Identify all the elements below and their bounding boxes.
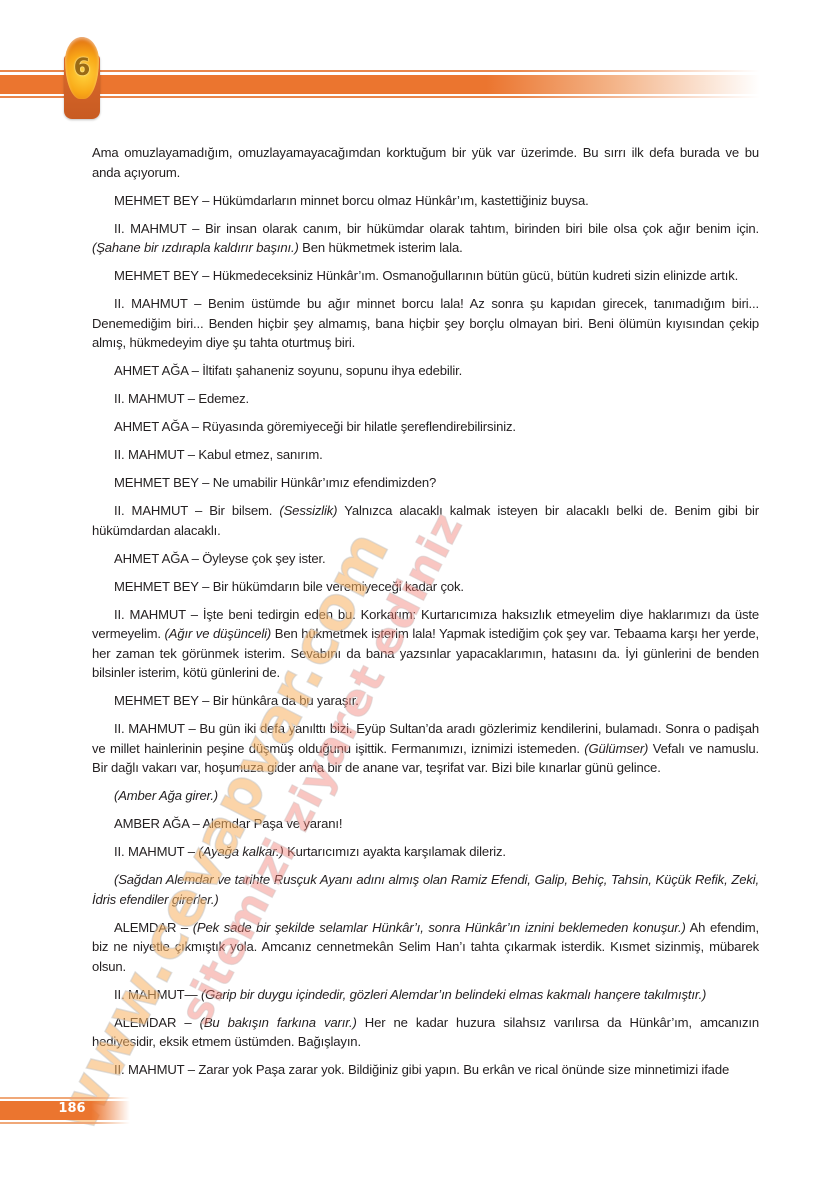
play-text: Ama omuzlayamadığım, omuzlayamayacağımda… (92, 143, 759, 1088)
dialogue-text: AHMET AĞA – Öyleyse çok şey ister. (114, 551, 326, 566)
dialogue-paragraph: ALEMDAR – (Pek sade bir şekilde selamlar… (92, 918, 759, 977)
dialogue-text: II. MAHMUT – Zarar yok Paşa zarar yok. B… (114, 1062, 729, 1077)
dialogue-paragraph: (Sağdan Alemdar ve tarihte Rusçuk Ayanı … (92, 870, 759, 909)
dialogue-paragraph: II. MAHMUT – Benim üstümde bu ağır minne… (92, 294, 759, 353)
dialogue-text: Ben hükmetmek isterim lala. (299, 240, 463, 255)
stage-direction: (Sessizlik) (279, 503, 337, 518)
dialogue-paragraph: II. MAHMUT – (Ayağa kalkar.) Kurtarıcımı… (92, 842, 759, 862)
dialogue-text: II. MAHMUT – Bir insan olarak canım, bir… (114, 221, 759, 236)
dialogue-paragraph: II. MAHMUT – Bir insan olarak canım, bir… (92, 219, 759, 258)
unit-number-badge: 6 (64, 37, 100, 119)
dialogue-paragraph: AHMET AĞA – Rüyasında göremiyeceği bir h… (92, 417, 759, 437)
stage-direction: (Şahane bir ızdırapla kaldırır başını.) (92, 240, 299, 255)
header-rule-top (0, 70, 760, 72)
stage-direction: (Garip bir duygu içindedir, gözleri Alem… (201, 987, 706, 1002)
unit-number: 6 (64, 53, 100, 81)
dialogue-text: Ama omuzlayamadığım, omuzlayamayacağımda… (92, 145, 759, 180)
dialogue-paragraph: II. MAHMUT – İşte beni tedirgin eden bu.… (92, 605, 759, 683)
dialogue-paragraph: AHMET AĞA – Öyleyse çok şey ister. (92, 549, 759, 569)
dialogue-text: ALEMDAR – (114, 1015, 200, 1030)
dialogue-paragraph: MEHMET BEY – Bir hünkâra da bu yaraşır. (92, 691, 759, 711)
dialogue-paragraph: ALEMDAR – (Bu bakışın farkına varır.) He… (92, 1013, 759, 1052)
page-number: 186 (52, 1101, 92, 1116)
dialogue-text: II. MAHMUT – Kabul etmez, sanırım. (114, 447, 323, 462)
dialogue-paragraph: II. MAHMUT – Bu gün iki defa yanılttı bi… (92, 719, 759, 778)
dialogue-paragraph: MEHMET BEY – Hükmedeceksiniz Hünkâr’ım. … (92, 266, 759, 286)
dialogue-paragraph: AMBER AĞA – Alemdar Paşa ve yaranı! (92, 814, 759, 834)
header-rule-bottom (0, 96, 760, 98)
footer-rule-bottom (0, 1122, 130, 1124)
dialogue-text: AHMET AĞA – İltifatı şahaneniz soyunu, s… (114, 363, 462, 378)
dialogue-paragraph: II. MAHMUT – Kabul etmez, sanırım. (92, 445, 759, 465)
dialogue-text: ALEMDAR – (114, 920, 193, 935)
stage-direction: (Gülümser) (584, 741, 648, 756)
stage-direction: (Pek sade bir şekilde selamlar Hünkâr’ı,… (193, 920, 686, 935)
dialogue-paragraph: MEHMET BEY – Ne umabilir Hünkâr’ımız efe… (92, 473, 759, 493)
dialogue-paragraph: II. MAHMUT— (Garip bir duygu içindedir, … (92, 985, 759, 1005)
dialogue-paragraph: II. MAHMUT – Bir bilsem. (Sessizlik) Yal… (92, 501, 759, 540)
footer-rule-top (0, 1097, 130, 1099)
dialogue-text: II. MAHMUT – Benim üstümde bu ağır minne… (92, 296, 759, 350)
dialogue-paragraph: MEHMET BEY – Bir hükümdarın bile veremiy… (92, 577, 759, 597)
stage-direction: (Amber Ağa girer.) (114, 788, 218, 803)
stage-direction: (Bu bakışın farkına varır.) (200, 1015, 357, 1030)
dialogue-paragraph: II. MAHMUT – Edemez. (92, 389, 759, 409)
stage-direction: (Sağdan Alemdar ve tarihte Rusçuk Ayanı … (92, 872, 759, 907)
dialogue-text: II. MAHMUT – Edemez. (114, 391, 249, 406)
chapter-header-band (0, 66, 760, 102)
dialogue-text: II. MAHMUT – Bir bilsem. (114, 503, 279, 518)
dialogue-paragraph: MEHMET BEY – Hükümdarların minnet borcu … (92, 191, 759, 211)
dialogue-paragraph: II. MAHMUT – Zarar yok Paşa zarar yok. B… (92, 1060, 759, 1080)
stage-direction: (Ayağa kalkar.) (198, 844, 283, 859)
dialogue-text: Kurtarıcımızı ayakta karşılamak dileriz. (284, 844, 506, 859)
dialogue-text: MEHMET BEY – Hükmedeceksiniz Hünkâr’ım. … (114, 268, 738, 283)
dialogue-text: MEHMET BEY – Bir hükümdarın bile veremiy… (114, 579, 464, 594)
dialogue-paragraph: AHMET AĞA – İltifatı şahaneniz soyunu, s… (92, 361, 759, 381)
dialogue-text: MEHMET BEY – Ne umabilir Hünkâr’ımız efe… (114, 475, 436, 490)
dialogue-text: AMBER AĞA – Alemdar Paşa ve yaranı! (114, 816, 342, 831)
dialogue-text: MEHMET BEY – Hükümdarların minnet borcu … (114, 193, 589, 208)
stage-direction: (Ağır ve düşünceli) (165, 626, 272, 641)
dialogue-text: II. MAHMUT – (114, 844, 198, 859)
dialogue-text: AHMET AĞA – Rüyasında göremiyeceği bir h… (114, 419, 516, 434)
dialogue-paragraph: (Amber Ağa girer.) (92, 786, 759, 806)
dialogue-paragraph: Ama omuzlayamadığım, omuzlayamayacağımda… (92, 143, 759, 182)
header-bar (0, 75, 760, 94)
dialogue-text: MEHMET BEY – Bir hünkâra da bu yaraşır. (114, 693, 359, 708)
dialogue-text: II. MAHMUT— (114, 987, 201, 1002)
